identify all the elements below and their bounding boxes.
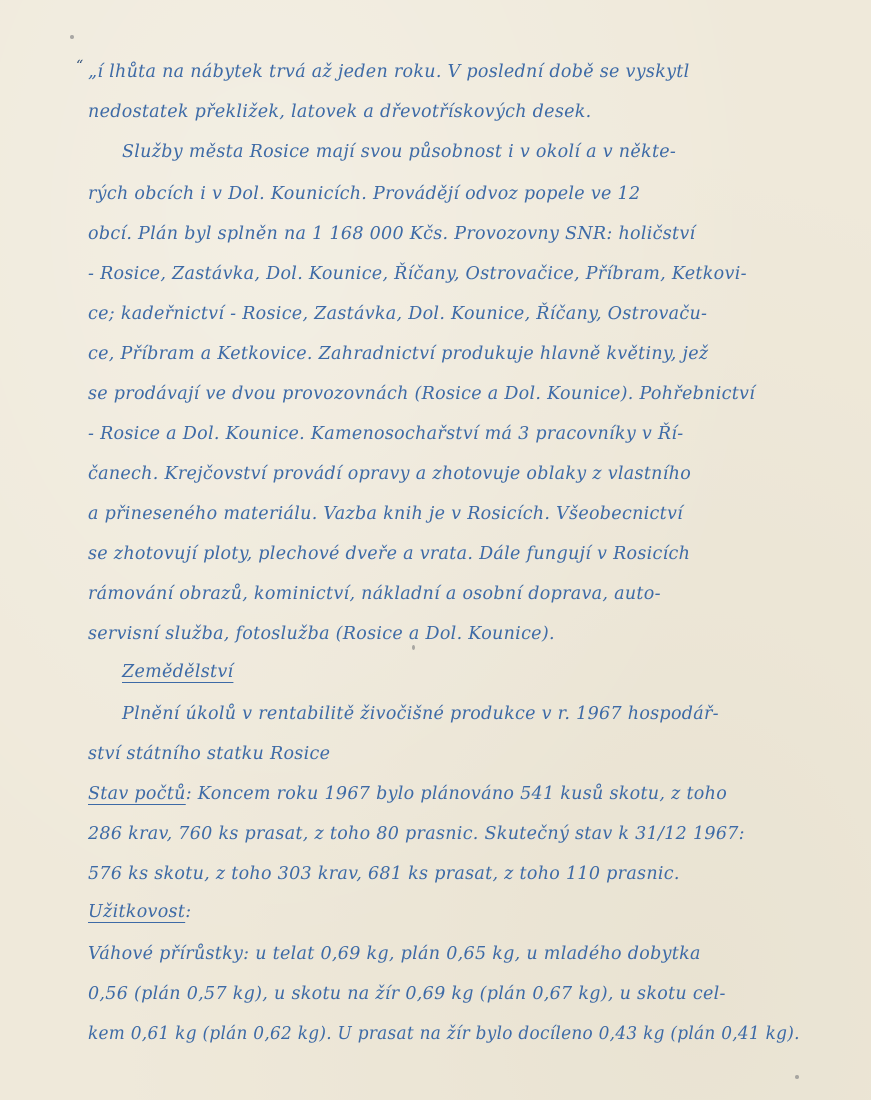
paper-speck: [795, 1075, 799, 1079]
text-line: Plnění úkolů v rentabilitě živočišné pro…: [122, 704, 719, 724]
text-line: 0,56 (plán 0,57 kg), u skotu na žír 0,69…: [88, 984, 726, 1004]
text-line: kem 0,61 kg (plán 0,62 kg). U prasat na …: [88, 1024, 800, 1044]
paper-speck: [70, 35, 74, 39]
text-line: Služby města Rosice mají svou působnost …: [122, 142, 676, 162]
text-line: ce, Příbram a Ketkovice. Zahradnictví pr…: [88, 344, 708, 364]
text-line: ství státního statku Rosice: [88, 744, 330, 764]
text-line: rých obcích i v Dol. Kounicích. Prováděj…: [88, 184, 640, 204]
text-line: rámování obrazů, kominictví, nákladní a …: [88, 584, 661, 604]
text-line: 576 ks skotu, z toho 303 krav, 681 ks pr…: [88, 864, 680, 884]
text-line: se prodávají ve dvou provozovnách (Rosic…: [88, 384, 755, 404]
section-heading-stav-poctu: Stav počtů: [88, 784, 186, 804]
section-heading-uzitkovost: Užitkovost: [88, 902, 185, 922]
text-line: Stav počtů: Koncem roku 1967 bylo plánov…: [88, 784, 727, 804]
text-line: čanech. Krejčovství provádí opravy a zho…: [88, 464, 691, 484]
text-line: 286 krav, 760 ks prasat, z toho 80 prasn…: [88, 824, 745, 844]
text-line: a přineseného materiálu. Vazba knih je v…: [88, 504, 683, 524]
text-line: obcí. Plán byl splněn na 1 168 000 Kčs. …: [88, 224, 695, 244]
text-line: servisní služba, fotoslužba (Rosice a Do…: [88, 624, 555, 644]
text-line: Užitkovost:: [88, 902, 191, 922]
text-line: ce; kadeřnictví - Rosice, Zastávka, Dol.…: [88, 304, 707, 324]
text-line: - Rosice a Dol. Kounice. Kamenosochařstv…: [88, 424, 684, 444]
text-fragment: :: [185, 902, 191, 922]
text-line: Váhové přírůstky: u telat 0,69 kg, plán …: [88, 944, 701, 964]
opening-quote-mark: “: [76, 58, 83, 74]
text-line: - Rosice, Zastávka, Dol. Kounice, Říčany…: [88, 264, 747, 284]
handwritten-page: “ „í lhůta na nábytek trvá až jeden roku…: [0, 0, 871, 1100]
text-line: nedostatek překližek, latovek a dřevotří…: [88, 102, 592, 122]
paper-speck: [412, 645, 415, 650]
text-fragment: : Koncem roku 1967 bylo plánováno 541 ku…: [186, 784, 727, 804]
text-line: se zhotovují ploty, plechové dveře a vra…: [88, 544, 690, 564]
text-line: „í lhůta na nábytek trvá až jeden roku. …: [88, 62, 690, 82]
section-heading-zemedelstvi: Zemědělství: [122, 662, 233, 682]
